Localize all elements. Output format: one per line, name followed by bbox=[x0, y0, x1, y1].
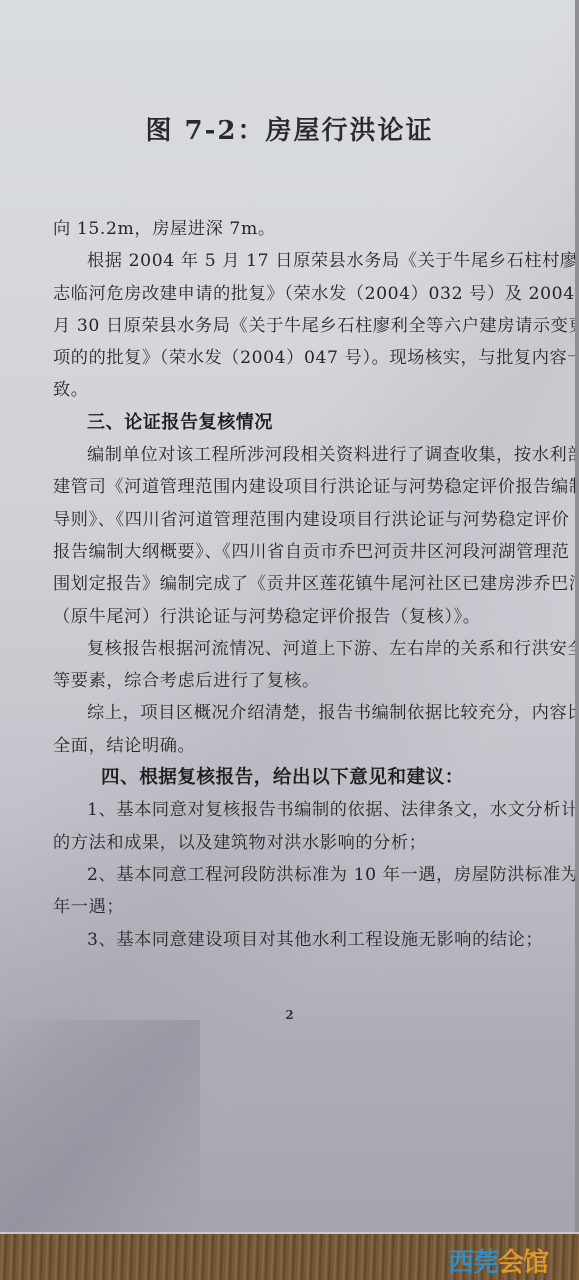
text-line: 根据 2004 年 5 月 17 日原荣县水务局《关于牛尾乡石柱村廖利全同 bbox=[53, 245, 573, 277]
page-title: 图 7-2：房屋行洪论证 bbox=[0, 110, 579, 147]
watermark-text-blue: 西莞 bbox=[448, 1248, 498, 1278]
text-line: 编制单位对该工程所涉河段相关资料进行了调查收集，按水利部 bbox=[53, 439, 573, 471]
text-line: 致。 bbox=[53, 374, 573, 406]
text-line: 月 30 日原荣县水务局《关于牛尾乡石柱廖利全等六户建房请示变更事 bbox=[53, 310, 573, 342]
document-body: 向 15.2m，房屋进深 7m。 根据 2004 年 5 月 17 日原荣县水务… bbox=[53, 213, 573, 956]
text-line: 建管司《河道管理范围内建设项目行洪论证与河势稳定评价报告编制 bbox=[53, 471, 573, 503]
watermark-logo: 西莞会馆 bbox=[448, 1242, 548, 1279]
document-page: 图 7-2：房屋行洪论证 向 15.2m，房屋进深 7m。 根据 2004 年 … bbox=[0, 0, 579, 1232]
section-heading-4: 四、根据复核报告，给出以下意见和建议： bbox=[53, 762, 573, 794]
text-line: 导则》、《四川省河道管理范围内建设项目行洪论证与河势稳定评价 bbox=[53, 504, 573, 536]
text-line: 志临河危房改建申请的批复》（荣水发（2004）032 号）及 2004 年 7 bbox=[53, 278, 573, 310]
list-item-3: 3、基本同意建设项目对其他水利工程设施无影响的结论； bbox=[53, 924, 573, 956]
text-line: 全面，结论明确。 bbox=[53, 730, 573, 762]
text-line: 的方法和成果，以及建筑物对洪水影响的分析； bbox=[53, 827, 573, 859]
text-line: 向 15.2m，房屋进深 7m。 bbox=[53, 213, 573, 245]
section-heading-3: 三、论证报告复核情况 bbox=[53, 407, 573, 439]
text-line: （原牛尾河）行洪论证与河势稳定评价报告（复核）》。 bbox=[53, 601, 573, 633]
paper-shadow bbox=[0, 1020, 200, 1232]
page-number: 2 bbox=[0, 1008, 579, 1022]
text-line: 综上，项目区概况介绍清楚，报告书编制依据比较充分，内容比较 bbox=[53, 697, 573, 729]
text-line: 围划定报告》编制完成了《贡井区莲花镇牛尾河社区已建房涉乔巴河 bbox=[53, 568, 573, 600]
text-line: 复核报告根据河流情况、河道上下游、左右岸的关系和行洪安全 bbox=[53, 633, 573, 665]
text-line: 项的的批复》（荣水发（2004）047 号）。现场核实，与批复内容一 bbox=[53, 342, 573, 374]
watermark-text-orange: 会馆 bbox=[498, 1248, 548, 1278]
text-line: 等要素，综合考虑后进行了复核。 bbox=[53, 665, 573, 697]
text-line: 年一遇； bbox=[53, 891, 573, 923]
list-item-2: 2、基本同意工程河段防洪标准为 10 年一遇，房屋防洪标准为 10 bbox=[53, 859, 573, 891]
list-item-1: 1、基本同意对复核报告书编制的依据、法律条文，水文分析计算 bbox=[53, 794, 573, 826]
text-line: 报告编制大纲概要》、《四川省自贡市乔巴河贡井区河段河湖管理范 bbox=[53, 536, 573, 568]
